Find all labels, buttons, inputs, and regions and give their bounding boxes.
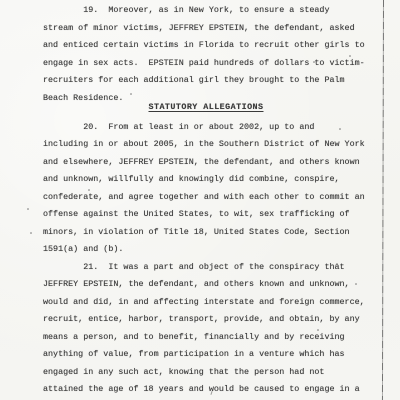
scan-speck <box>349 55 351 57</box>
para-20-line: and elsewhere, JEFFREY EPSTEIN, the defe… <box>43 154 369 172</box>
para-19-line: 19. Moreover, as in New York, to ensure … <box>43 2 369 20</box>
para-20-line: 20. From at least in or about 2002, up t… <box>43 119 369 137</box>
para-21-line: means a person, and to benefit, financia… <box>43 329 369 347</box>
para-19-line: recruiters for each additional girl they… <box>43 72 369 90</box>
scan-speck <box>27 208 29 210</box>
indictment-page: 19. Moreover, as in New York, to ensure … <box>0 0 400 400</box>
para-20-line: including in or about 2005, in the South… <box>43 136 369 154</box>
para-21-line: JEFFREY EPSTEIN, the defendant, and othe… <box>43 276 369 294</box>
statutory-allegations-heading-text: STATUTORY ALLEGATIONS <box>149 102 264 112</box>
scan-speck <box>317 329 319 331</box>
para-20-line: confederate, and agree together and with… <box>43 189 369 207</box>
scan-speck <box>336 263 338 265</box>
scan-speck <box>313 61 315 63</box>
document-text-block: 19. Moreover, as in New York, to ensure … <box>43 2 369 399</box>
scan-speck <box>355 283 357 285</box>
scan-speck <box>130 93 132 95</box>
scan-speck <box>88 189 90 191</box>
para-21-line: attained the age of 18 years and would b… <box>43 381 369 399</box>
para-19-line: engage in sex acts. EPSTEIN paid hundred… <box>43 55 369 73</box>
para-21-line: 21. It was a part and object of the cons… <box>43 259 369 277</box>
para-20-line: offense against the United States, to wi… <box>43 206 369 224</box>
para-21-line: recruit, entice, harbor, transport, prov… <box>43 311 369 329</box>
para-20-line: minors, in violation of Title 18, United… <box>43 224 369 242</box>
scan-speck <box>30 232 32 234</box>
para-21-line: engaged in any such act, knowing that th… <box>43 364 369 382</box>
para-19-line: stream of minor victims, JEFFREY EPSTEIN… <box>43 20 369 38</box>
scan-speck <box>339 128 341 130</box>
para-19-line: and enticed certain victims in Florida t… <box>43 37 369 55</box>
scan-edge-artifact <box>382 0 384 400</box>
para-20-line: 1591(a) and (b). <box>43 241 369 259</box>
para-21-line: would and did, in and affecting intersta… <box>43 294 369 312</box>
para-21-line: anything of value, from participation in… <box>43 346 369 364</box>
para-20-line: and unknown, willfully and knowingly did… <box>43 171 369 189</box>
